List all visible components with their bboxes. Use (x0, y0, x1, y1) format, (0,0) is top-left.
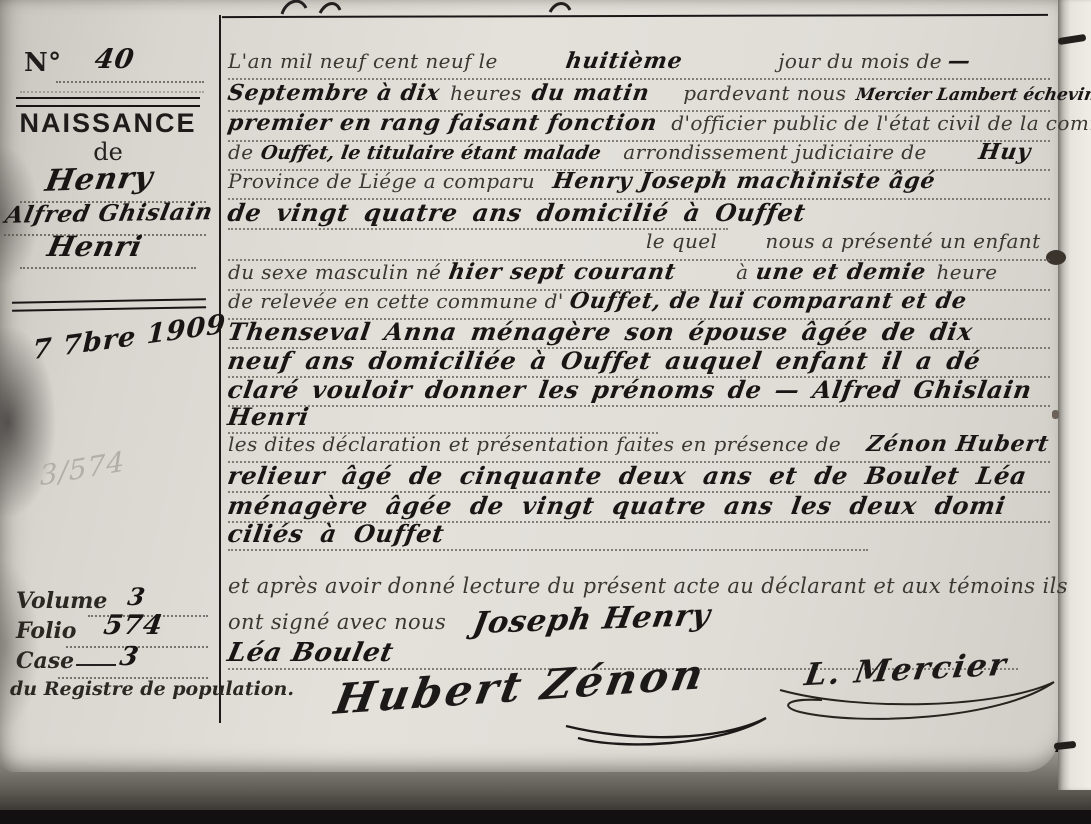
dotted-line (20, 90, 204, 93)
hand-text: ciliés à Ouffet (226, 519, 447, 548)
binding-mark (1052, 410, 1059, 419)
act-line: neuf ans domiciliée à Ouffet auquel enfa… (228, 346, 1050, 378)
act-line: Henri (228, 402, 658, 434)
hand-text: premier en rang faisant fonction (226, 110, 659, 136)
printed-text: heure (936, 260, 997, 284)
act-number-label: N° (24, 48, 62, 78)
hand-text: Ouffet, le titulaire étant malade (260, 142, 603, 164)
printed-text: du sexe masculin né (228, 260, 441, 284)
register-caption: du Registre de population. (10, 678, 294, 700)
hand-text: neuf ans domiciliée à Ouffet auquel enfa… (226, 346, 983, 375)
child-forename-3: Henri (44, 230, 145, 263)
printed-text: arrondissement judiciaire de (623, 140, 926, 164)
officer-signature-flourish (770, 668, 1070, 724)
hand-text: ménagère âgée de vingt quatre ans les de… (226, 491, 1008, 520)
witness2-signature: Léa Boulet (225, 638, 397, 668)
printed-text: de (228, 140, 253, 164)
hand-text: Ouffet, de lui comparant et de (568, 288, 969, 314)
act-line: le quel nous a présenté un enfant (228, 229, 1050, 261)
hand-text: Septembre à dix (226, 80, 442, 106)
witness1-signature-flourish (560, 712, 780, 746)
hand-text: Zénon Hubert (865, 431, 1051, 457)
previous-entry-remnant (250, 0, 670, 16)
printed-text: Province de Liége a comparu (228, 169, 535, 193)
margin-divider-rule (219, 15, 221, 723)
act-type-heading: NAISSANCE (0, 108, 216, 139)
printed-text: de relevée en cette commune d' (228, 289, 564, 313)
act-line: Thenseval Anna ménagère son épouse âgée … (228, 317, 1050, 349)
act-line: relieur âgé de cinquante deux ans et de … (228, 461, 1050, 493)
hand-text: Mercier Lambert échevin (855, 85, 1091, 105)
act-line: premier en rang faisant fonction d'offic… (228, 110, 1050, 142)
act-line: Septembre à dix heures du matin pardevan… (228, 80, 1050, 112)
dash-stroke (76, 664, 116, 666)
act-line: de vingt quatre ans domicilié à Ouffet (228, 198, 728, 230)
hand-text: huitième (564, 48, 685, 74)
hand-text: une et demie (754, 259, 928, 285)
printed-text: à (736, 260, 748, 284)
hand-text: Henry Joseph machiniste âgé (551, 168, 938, 194)
dotted-line (56, 80, 204, 83)
printed-text: et après avoir donné lecture du présent … (228, 574, 1068, 598)
printed-text: ont signé avec nous (228, 610, 446, 634)
margin-double-rule (16, 97, 200, 107)
printed-text: le quel (646, 229, 717, 253)
hand-text: hier sept courant (447, 259, 678, 285)
hand-text: de vingt quatre ans domicilié à Ouffet (226, 198, 808, 227)
hand-text: du matin (530, 80, 652, 106)
child-surname: Henry (43, 160, 156, 199)
act-line: ciliés à Ouffet (228, 519, 868, 551)
printed-text: pardevant nous (683, 81, 846, 105)
dotted-line (20, 266, 196, 269)
hand-text: claré vouloir donner les prénoms de — Al… (226, 375, 1034, 404)
hand-text: Thenseval Anna ménagère son épouse âgée … (226, 317, 975, 346)
act-line: de relevée en cette commune d' Ouffet, d… (228, 288, 1050, 320)
act-line: L'an mil neuf cent neuf le huitième jour… (228, 48, 1050, 80)
printed-text: L'an mil neuf cent neuf le (228, 49, 498, 73)
hand-text: relieur âgé de cinquante deux ans et de … (226, 461, 1029, 490)
printed-text: nous a présenté un enfant (765, 229, 1040, 253)
act-line: les dites déclaration et présentation fa… (228, 431, 1050, 463)
act-number-value: 40 (93, 44, 137, 75)
case-label: Case (16, 648, 74, 674)
folio-value: 574 (102, 610, 166, 641)
act-line: de Ouffet, le titulaire étant malade arr… (228, 139, 1050, 171)
act-line: Province de Liége a comparu Henry Joseph… (228, 168, 1050, 200)
volume-label: Volume (16, 588, 107, 614)
printed-text: jour du mois de (778, 49, 942, 73)
hand-text: Huy (977, 139, 1033, 165)
hand-text: — (946, 48, 973, 74)
printed-text: heures (450, 81, 522, 105)
act-line: du sexe masculin né hier sept courant à … (228, 259, 1050, 291)
printed-text: d'officier public de l'état civil de la … (671, 111, 1091, 135)
folio-label: Folio (16, 618, 76, 644)
hand-text: Henri (226, 402, 312, 431)
child-forenames: Alfred Ghislain (3, 198, 215, 229)
act-line: ont signé avec nous Joseph Henry (228, 602, 1050, 632)
printed-text: les dites déclaration et présentation fa… (228, 432, 841, 456)
register-scan: N° 40 NAISSANCE de Henry Alfred Ghislain… (0, 0, 1091, 824)
